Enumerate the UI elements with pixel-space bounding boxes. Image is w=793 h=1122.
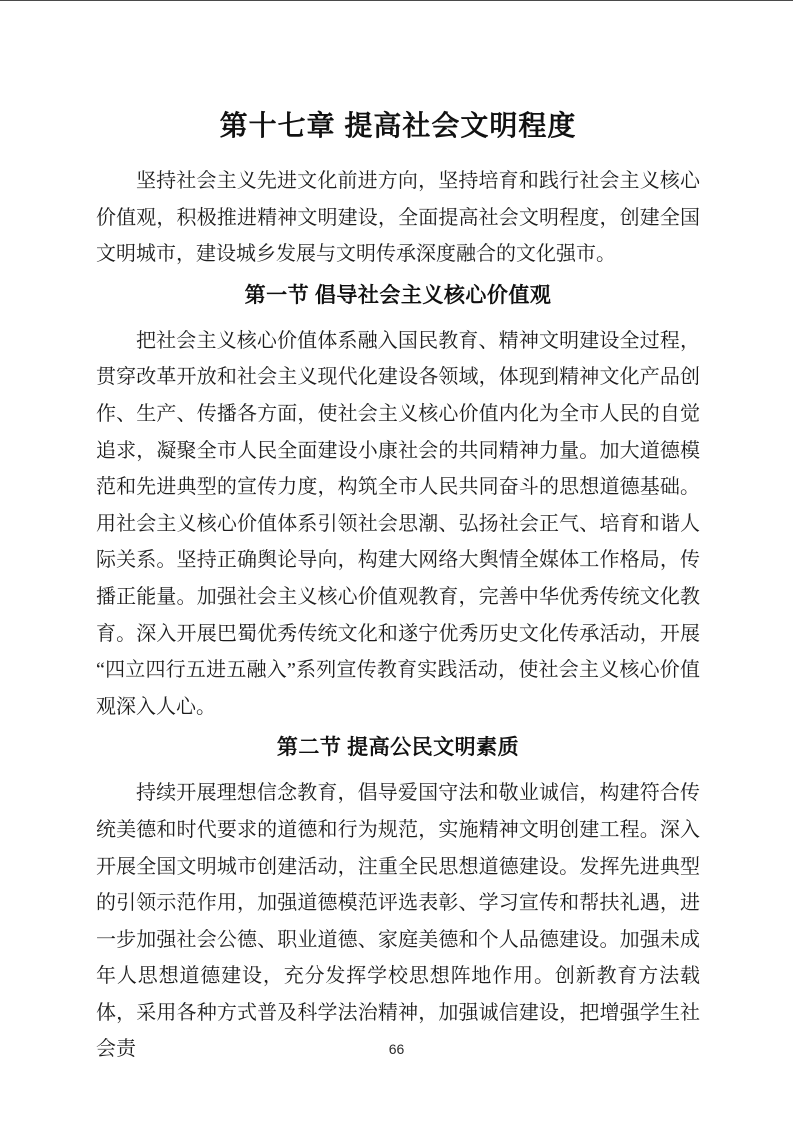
chapter-title: 第十七章 提高社会文明程度 [96, 109, 700, 143]
section-1-paragraph: 把社会主义核心价值体系融入国民教育、精神文明建设全过程，贯穿改革开放和社会主义现… [96, 323, 700, 726]
section-2-heading: 第二节 提高公民文明素质 [96, 733, 700, 761]
section-1-heading: 第一节 倡导社会主义核心价值观 [96, 281, 700, 309]
intro-paragraph: 坚持社会主义先进文化前进方向，坚持培育和践行社会主义核心价值观，积极推进精神文明… [96, 163, 700, 273]
section-2-paragraph: 持续开展理想信念教育，倡导爱国守法和敬业诚信，构建符合传统美德和时代要求的道德和… [96, 775, 700, 1068]
document-page: 第十七章 提高社会文明程度 坚持社会主义先进文化前进方向，坚持培育和践行社会主义… [0, 1, 793, 1122]
page-number: 66 [0, 1041, 793, 1057]
